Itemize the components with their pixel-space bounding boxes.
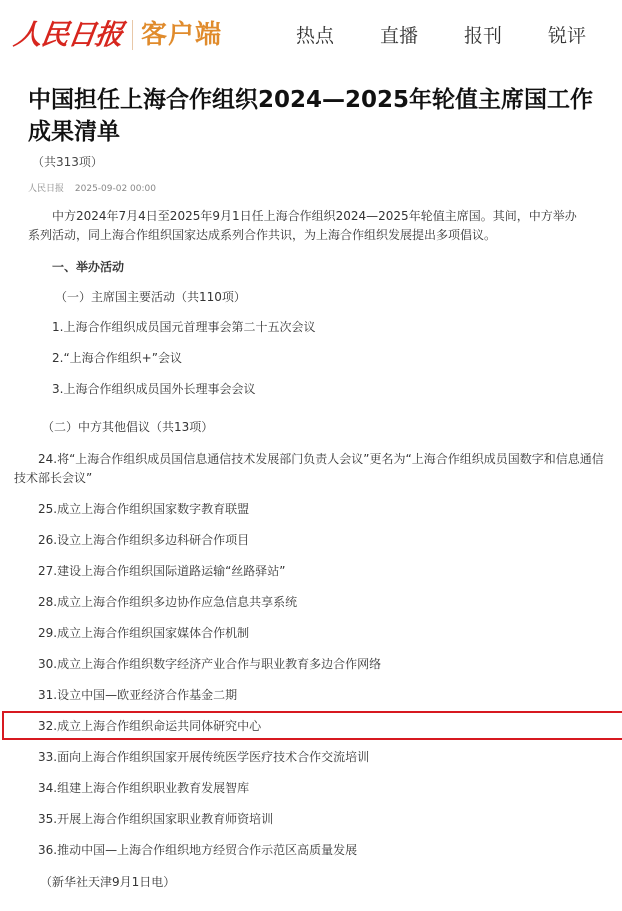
list-item: 35.开展上海合作组织国家职业教育师资培训 — [38, 810, 273, 828]
list-item: 31.设立中国—欧亚经济合作基金二期 — [38, 686, 237, 704]
article-title: 中国担任上海合作组织2024—2025年轮值主席国工作成果清单 — [28, 84, 598, 148]
list-item: 34.组建上海合作组织职业教育发展智库 — [38, 779, 249, 797]
logo[interactable]: 人民日报 客户端 — [14, 17, 222, 53]
list-item-continued: 技术部长会议” — [14, 469, 92, 487]
list-item: 25.成立上海合作组织国家数字教育联盟 — [38, 500, 249, 518]
list-item: 1.上海合作组织成员国元首理事会第二十五次会议 — [52, 318, 315, 336]
list-item: 3.上海合作组织成员国外长理事会会议 — [52, 380, 255, 398]
logo-divider — [132, 20, 133, 50]
list-item: 33.面向上海合作组织国家开展传统医学医疗技术合作交流培训 — [38, 748, 369, 766]
article-datetime: 2025-09-02 00:00 — [75, 184, 156, 194]
list-item: 26.设立上海合作组织多边科研合作项目 — [38, 531, 249, 549]
list-item: 29.成立上海合作组织国家媒体合作机制 — [38, 624, 249, 642]
nav-hot[interactable]: 热点 — [296, 24, 334, 48]
section-heading-1: 一、举办活动 — [52, 258, 124, 276]
nav-newspaper[interactable]: 报刊 — [464, 24, 502, 48]
highlight-box — [2, 711, 622, 740]
list-item: 27.建设上海合作组织国际道路运输“丝路驿站” — [38, 562, 286, 580]
logo-brand-text: 人民日报 — [11, 17, 124, 53]
list-item: 36.推动中国—上海合作组织地方经贸合作示范区高质量发展 — [38, 841, 357, 859]
footer-note: （新华社天津9月1日电） — [40, 873, 175, 891]
nav-commentary[interactable]: 锐评 — [548, 24, 586, 48]
subsection-heading-1: （一）主席国主要活动（共110项） — [55, 288, 246, 306]
article-count: （共313项） — [32, 153, 103, 170]
subsection-heading-2: （二）中方其他倡议（共13项） — [42, 418, 213, 436]
list-item: 28.成立上海合作组织多边协作应急信息共享系统 — [38, 593, 297, 611]
list-item: 30.成立上海合作组织数字经济产业合作与职业教育多边合作网络 — [38, 655, 381, 673]
article-intro: 中方2024年7月4日至2025年9月1日任上海合作组织2024—2025年轮值… — [28, 207, 588, 245]
list-item: 2.“上海合作组织+”会议 — [52, 349, 182, 367]
article-meta: 人民日报 2025-09-02 00:00 — [28, 181, 164, 194]
nav-live[interactable]: 直播 — [380, 24, 418, 48]
site-header: 人民日报 客户端 热点 直播 报刊 锐评 — [0, 0, 622, 70]
article-source: 人民日报 — [28, 184, 64, 194]
logo-app-text: 客户端 — [141, 17, 222, 53]
list-item: 24.将“上海合作组织成员国信息通信技术发展部门负责人会议”更名为“上海合作组织… — [38, 450, 604, 468]
